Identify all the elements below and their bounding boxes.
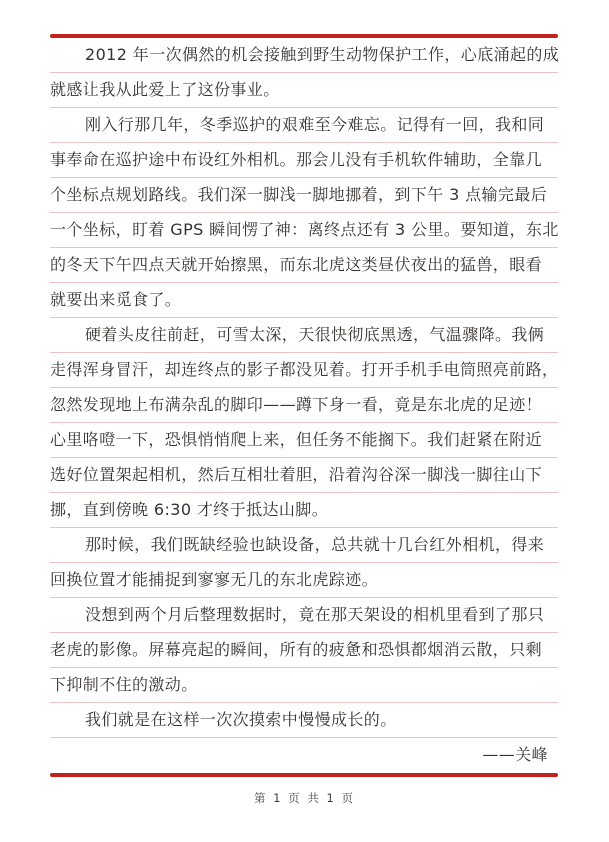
bottom-rule (50, 773, 558, 777)
page-number-footer: 第 1 页 共 1 页 (0, 790, 609, 806)
text-rows: 2012 年一次偶然的机会接触到野生动物保护工作，心底涌起的成 就感让我从此爱上… (50, 38, 558, 773)
text-line: 就感让我从此爱上了这份事业。 (50, 73, 558, 108)
text-line: 我们就是在这样一次次摸索中慢慢成长的。 (50, 703, 558, 738)
text-line: 那时候，我们既缺经验也缺设备，总共就十几台红外相机，得来 (50, 528, 558, 563)
text-line: 没想到两个月后整理数据时，竟在那天架设的相机里看到了那只 (50, 598, 558, 633)
text-line: 一个坐标，盯着 GPS 瞬间愣了神：离终点还有 3 公里。要知道，东北 (50, 213, 558, 248)
text-line: 硬着头皮往前赶，可雪太深，天很快彻底黑透，气温骤降。我俩 (50, 318, 558, 353)
text-line: 选好位置架起相机，然后互相壮着胆，沿着沟谷深一脚浅一脚往山下 (50, 458, 558, 493)
text-line: 走得浑身冒汗，却连终点的影子都没见着。打开手机手电筒照亮前路， (50, 353, 558, 388)
text-line: 忽然发现地上布满杂乱的脚印——蹲下身一看，竟是东北虎的足迹！ (50, 388, 558, 423)
text-line: 回换位置才能捕捉到寥寥无几的东北虎踪迹。 (50, 563, 558, 598)
document-page: 2012 年一次偶然的机会接触到野生动物保护工作，心底涌起的成 就感让我从此爱上… (0, 0, 609, 842)
text-line: 个坐标点规划路线。我们深一脚浅一脚地挪着，到下午 3 点输完最后 (50, 178, 558, 213)
text-line: 心里咯噔一下，恐惧悄悄爬上来，但任务不能搁下。我们赶紧在附近 (50, 423, 558, 458)
text-line: 下抑制不住的激动。 (50, 668, 558, 703)
text-line: 事奉命在巡护途中布设红外相机。那会儿没有手机软件辅助，全靠几 (50, 143, 558, 178)
text-line: 的冬天下午四点天就开始擦黑，而东北虎这类昼伏夜出的猛兽，眼看 (50, 248, 558, 283)
ruled-text-area: 2012 年一次偶然的机会接触到野生动物保护工作，心底涌起的成 就感让我从此爱上… (50, 34, 558, 777)
text-line: 刚入行那几年，冬季巡护的艰难至今难忘。记得有一回，我和同 (50, 108, 558, 143)
text-line: 就要出来觅食了。 (50, 283, 558, 318)
text-line: 2012 年一次偶然的机会接触到野生动物保护工作，心底涌起的成 (50, 38, 558, 73)
signature-line: ——关峰 (50, 738, 558, 773)
text-line: 老虎的影像。屏幕亮起的瞬间，所有的疲惫和恐惧都烟消云散，只剩 (50, 633, 558, 668)
text-line: 挪，直到傍晚 6:30 才终于抵达山脚。 (50, 493, 558, 528)
